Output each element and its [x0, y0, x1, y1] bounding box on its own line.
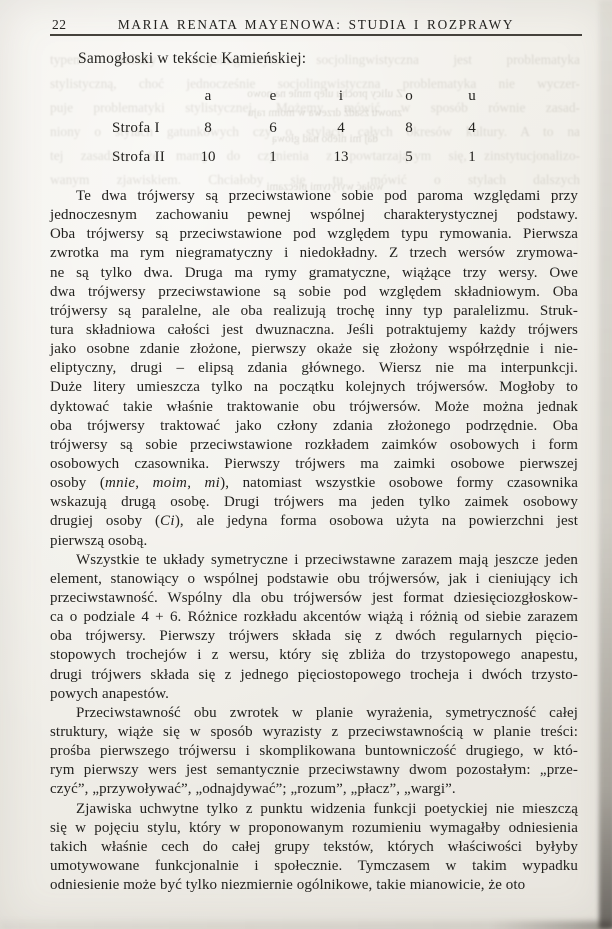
- text-line: wskazują drugą osobę. Drugi trójwers ma …: [50, 493, 578, 512]
- text-line: Duże litery umieszcza tylko na początku …: [50, 378, 578, 397]
- paragraph: Wszystkie te układy symetryczne i przeci…: [50, 551, 578, 704]
- page-header: 22 MARIA RENATA MAYENOWA: STUDIA I ROZPR…: [50, 17, 582, 35]
- text-line: dwa trójwersy przeciwstawione są sobie p…: [50, 283, 578, 302]
- text-line: powych anapestów.: [50, 685, 578, 704]
- table-row: Strofa I86484: [100, 120, 502, 137]
- text-line: element, stanowiący o wspólnej podstawie…: [50, 570, 578, 589]
- row-label: Strofa I: [100, 120, 176, 137]
- text-line: rym pierwszy wers jest semantycznie prze…: [50, 761, 578, 780]
- text-line: się w pojęciu stylu, który w proponowany…: [50, 819, 578, 838]
- table-cell: 1: [442, 149, 502, 166]
- text-line: drugiej osoby (Ci), ale jedyna forma oso…: [50, 512, 578, 531]
- text-line: zwrotka ma rym niegramatyczny i niedokła…: [50, 244, 578, 263]
- text-line: dyktować takie właśnie traktowanie obu t…: [50, 398, 578, 417]
- column-header-e: e: [240, 88, 306, 105]
- scan-shadow-bottom: [0, 921, 612, 929]
- text-line: ca o podziale 4 + 6. Różnice rozkładu ak…: [50, 608, 578, 627]
- table-cell: 5: [376, 149, 442, 166]
- table-cell: 13: [306, 149, 376, 166]
- column-header-i: i: [306, 88, 376, 105]
- table-cell: 6: [240, 120, 306, 137]
- paragraph: Te dwa trójwersy są przeciwstawione sobi…: [50, 187, 578, 551]
- column-header-u: u: [442, 88, 502, 105]
- text-line: przeciwstawność. Wspólny dla obu trójwer…: [50, 589, 578, 608]
- row-label: Strofa II: [100, 149, 176, 166]
- header-rule: [50, 34, 582, 36]
- vowel-table: aeiou Strofa I86484Strofa II1011351: [100, 88, 502, 178]
- text-line: stopowych trochejów i z wersu, który się…: [50, 646, 578, 665]
- text-line: prośba pierwszego trójwersu i skomplikow…: [50, 742, 578, 761]
- table-cell: 10: [176, 149, 240, 166]
- text-line: Przeciwstawność obu zwrotek w planie wyr…: [50, 704, 578, 723]
- column-header-a: a: [176, 88, 240, 105]
- text-line: oba trójwersy traktować jako człony zdan…: [50, 417, 578, 436]
- table-cell: 8: [376, 120, 442, 137]
- book-page-scan: typem kultury socjolingwistyka socjoling…: [0, 0, 612, 929]
- text-line: odniesienie może być tylko niezmiernie o…: [50, 876, 578, 895]
- body-text: Te dwa trójwersy są przeciwstawione sobi…: [50, 187, 578, 895]
- text-line: osobowych czasownika. Pierwszy trójwers …: [50, 455, 578, 474]
- table-row: Strofa II1011351: [100, 149, 502, 166]
- paragraph: Przeciwstawność obu zwrotek w planie wyr…: [50, 704, 578, 800]
- text-line: osoby (mnie, moim, mi), natomiast wszyst…: [50, 474, 578, 493]
- running-title: MARIA RENATA MAYENOWA: STUDIA I ROZPRAWY: [50, 17, 582, 33]
- text-line: eliptyczny, drugi – elipsą zdania główne…: [50, 359, 578, 378]
- text-line: jednoczesnym zachowaniu pewnej wspólnej …: [50, 206, 578, 225]
- intro-line: Samogłoski w tekście Kamieńskiej:: [78, 50, 306, 68]
- scan-shadow-right: [599, 0, 612, 929]
- text-line: Oba trójwersy są przeciwstawione pod wzg…: [50, 225, 578, 244]
- text-line: trójwersy są sobie przeciwstawione rozkł…: [50, 436, 578, 455]
- text-line: struktury, wiąże się w sposób wyrazisty …: [50, 723, 578, 742]
- text-line: oba trójwersy. Pierwszy trójwers składa …: [50, 627, 578, 646]
- vowel-table-header: aeiou: [100, 88, 502, 105]
- vowel-table-body: Strofa I86484Strofa II1011351: [100, 120, 502, 166]
- text-line: tura składniowa całości jest dwuznaczna.…: [50, 321, 578, 340]
- text-line: drugi trójwers składa się z jednego pięc…: [50, 666, 578, 685]
- text-line: jako osobne zdanie złożone, pierwszy oka…: [50, 340, 578, 359]
- table-cell: 8: [176, 120, 240, 137]
- table-cell: 4: [442, 120, 502, 137]
- text-line: Te dwa trójwersy są przeciwstawione sobi…: [50, 187, 578, 206]
- text-line: pierwszą osobą.: [50, 532, 578, 551]
- text-line: czyć”, „przywoływać”, „odnajdywać”; „roz…: [50, 780, 578, 799]
- paragraph: Zjawiska uchwytne tylko z punktu widzeni…: [50, 800, 578, 896]
- text-line: Wszystkie te układy symetryczne i przeci…: [50, 551, 578, 570]
- table-cell: 1: [240, 149, 306, 166]
- text-line: Zjawiska uchwytne tylko z punktu widzeni…: [50, 800, 578, 819]
- text-line: ne są tylko dwa. Druga ma rymy gramatycz…: [50, 264, 578, 283]
- text-line: umotywowane funkcjonalnie i społecznie. …: [50, 857, 578, 876]
- text-line: trójwersy są paralelne, ale oba realizuj…: [50, 302, 578, 321]
- table-cell: 4: [306, 120, 376, 137]
- text-line: takich właśnie cech do całej grupy tekst…: [50, 838, 578, 857]
- column-header-o: o: [376, 88, 442, 105]
